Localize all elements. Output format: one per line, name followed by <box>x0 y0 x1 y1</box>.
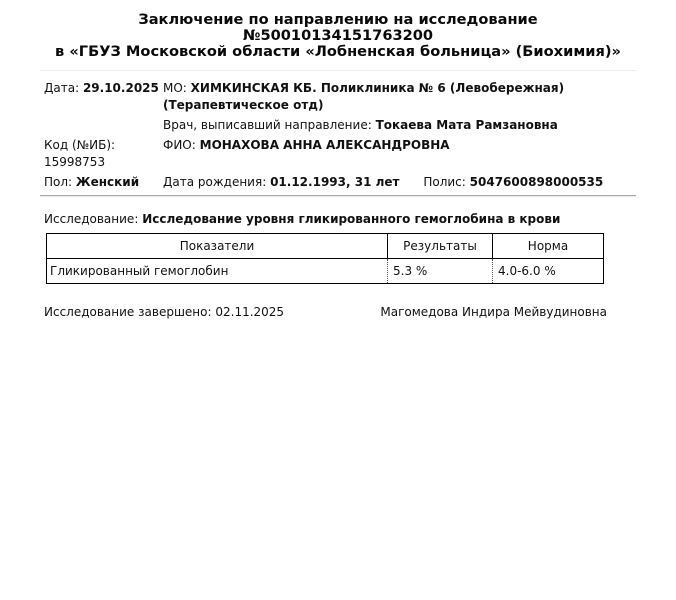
policy-label: Полис: <box>423 175 465 189</box>
patient-info-grid: Дата: 29.10.2025 МО: ХИМКИНСКАЯ КБ. Поли… <box>44 80 632 191</box>
birth-policy-row: Дата рождения: 01.12.1993, 31 лет Полис:… <box>163 174 632 191</box>
referring-doctor-field: Врач, выписавший направление: Токаева Ма… <box>163 117 632 134</box>
date-value: 29.10.2025 <box>83 81 159 95</box>
patient-name-label: ФИО: <box>163 138 196 152</box>
document-title: Заключение по направлению на исследовани… <box>44 12 632 60</box>
date-field: Дата: 29.10.2025 <box>44 80 163 114</box>
divider-under-patient-info <box>40 195 636 196</box>
header-results: Результаты <box>388 234 493 259</box>
results-table-header-row: Показатели Результаты Норма <box>47 234 604 259</box>
patient-name-field: ФИО: МОНАХОВА АННА АЛЕКСАНДРОВНА <box>163 137 632 171</box>
patient-name-value: МОНАХОВА АННА АЛЕКСАНДРОВНА <box>200 138 450 152</box>
divider-under-title <box>40 70 636 71</box>
code-field: Код (№ИБ): 15998753 <box>44 137 163 171</box>
cell-indicator: Гликированный гемоглобин <box>47 259 388 284</box>
signer-name: Магомедова Индира Мейвудиновна <box>380 304 632 321</box>
birth-date-value: 01.12.1993, 31 лет <box>270 175 399 189</box>
table-row: Гликированный гемоглобин 5.3 % 4.0-6.0 % <box>47 259 604 284</box>
birth-date-label: Дата рождения: <box>163 175 266 189</box>
cell-norm: 4.0-6.0 % <box>493 259 604 284</box>
study-completed-date: 02.11.2025 <box>215 305 284 319</box>
empty-cell <box>44 117 163 134</box>
sex-label: Пол: <box>44 175 72 189</box>
study-completed-label: Исследование завершено: <box>44 305 212 319</box>
header-indicators: Показатели <box>47 234 388 259</box>
medical-org-value: ХИМКИНСКАЯ КБ. Поликлиника № 6 (Левобере… <box>163 81 564 112</box>
lab-report-document: Заключение по направлению на исследовани… <box>0 0 676 600</box>
header-norm: Норма <box>493 234 604 259</box>
sex-value: Женский <box>76 175 139 189</box>
study-completed-field: Исследование завершено: 02.11.2025 <box>44 304 284 321</box>
results-table: Показатели Результаты Норма Гликированны… <box>46 233 604 284</box>
code-value: 15998753 <box>44 155 105 169</box>
referring-doctor-value: Токаева Мата Рамзановна <box>376 118 558 132</box>
cell-result: 5.3 % <box>388 259 493 284</box>
policy-value: 5047600898000535 <box>470 175 604 189</box>
policy-field: Полис: 5047600898000535 <box>423 175 603 189</box>
title-line-2: в «ГБУЗ Московской области «Лобненская б… <box>44 44 632 60</box>
study-value: Исследование уровня гликированного гемог… <box>142 212 560 226</box>
code-label: Код (№ИБ): <box>44 138 115 152</box>
medical-org-label: МО: <box>163 81 187 95</box>
referring-doctor-label: Врач, выписавший направление: <box>163 118 372 132</box>
sex-field: Пол: Женский <box>44 174 163 191</box>
study-line: Исследование: Исследование уровня гликир… <box>44 211 632 228</box>
study-label: Исследование: <box>44 212 138 226</box>
title-line-1: Заключение по направлению на исследовани… <box>44 12 632 44</box>
footer-row: Исследование завершено: 02.11.2025 Магом… <box>44 304 632 321</box>
medical-org-field: МО: ХИМКИНСКАЯ КБ. Поликлиника № 6 (Лево… <box>163 80 583 114</box>
date-label: Дата: <box>44 81 79 95</box>
